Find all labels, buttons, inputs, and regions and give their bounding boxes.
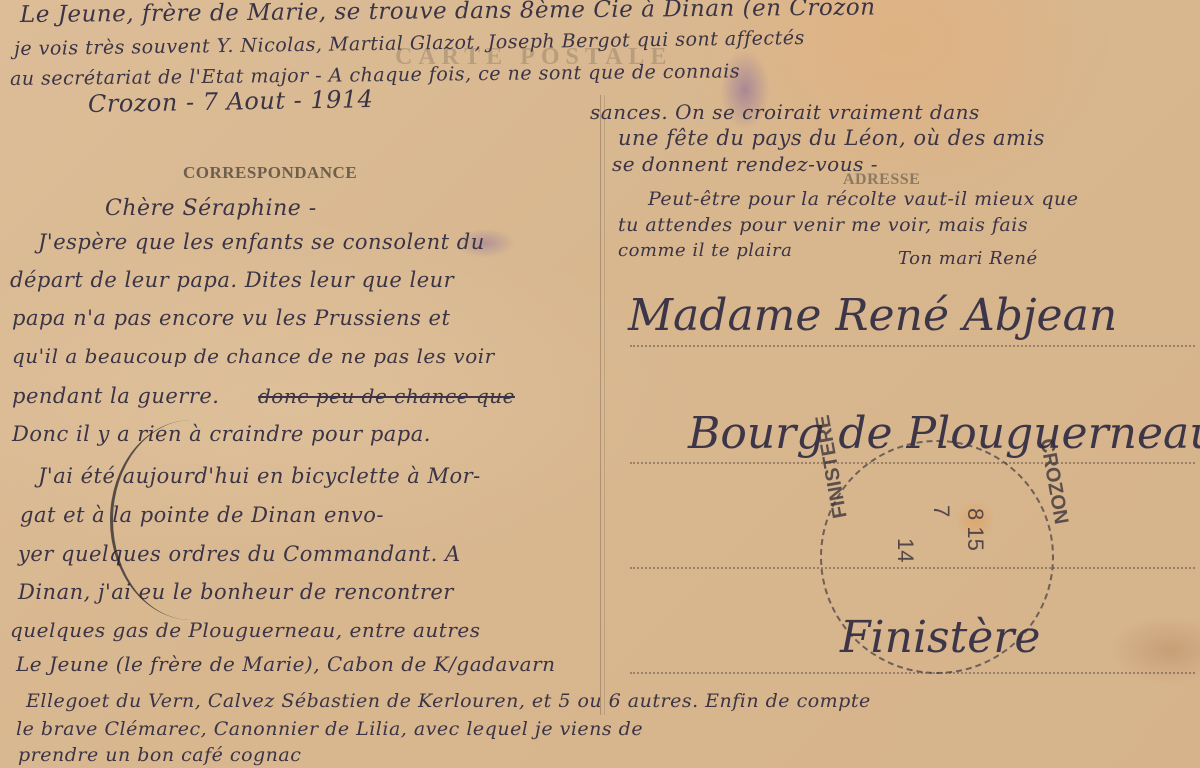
- handwritten-line: tu attendes pour venir me voir, mais fai…: [618, 214, 1028, 236]
- postcard-back: CARTE POSTALE CORRESPONDANCE ADRESSE Le …: [0, 0, 1200, 768]
- correspondence-label: CORRESPONDANCE: [183, 163, 357, 183]
- letter-line: papa n'a pas encore vu les Prussiens et: [12, 306, 450, 330]
- handwritten-line: Le Jeune, frère de Marie, se trouve dans…: [20, 0, 876, 28]
- letter-line: départ de leur papa. Dites leur que leur: [10, 268, 454, 292]
- crossed-out-text: donc peu de chance que: [258, 384, 515, 408]
- letter-line: qu'il a beaucoup de chance de ne pas les…: [12, 344, 495, 368]
- letter-line: le brave Clémarec, Canonnier de Lilia, a…: [16, 718, 643, 740]
- postmark: [820, 440, 1054, 674]
- center-divider: [600, 95, 601, 715]
- signature: Ton mari René: [898, 248, 1038, 269]
- partial-postmark: [110, 420, 273, 620]
- letter-line: J'espère que les enfants se consolent du: [38, 230, 485, 254]
- letter-line: Ellegoet du Vern, Calvez Sébastien de Ke…: [26, 690, 871, 712]
- postmark-year: 14: [892, 538, 918, 562]
- handwritten-line: au secrétariat de l'Etat major - A chaqu…: [10, 60, 740, 90]
- address-line: [630, 672, 1195, 674]
- address-recipient: Madame René Abjean: [628, 290, 1117, 341]
- handwritten-line: Peut-être pour la récolte vaut-il mieux …: [648, 188, 1079, 210]
- handwritten-date: Crozon - 7 Aout - 1914: [88, 85, 374, 118]
- postmark-time: 8 15: [962, 508, 988, 551]
- handwritten-line: comme il te plaira: [618, 240, 792, 261]
- address-line: [630, 345, 1195, 347]
- postmark-day: 7: [928, 505, 954, 517]
- letter-line: pendant la guerre.: [12, 384, 220, 408]
- letter-line: prendre un bon café cognac: [18, 744, 301, 766]
- letter-line: Le Jeune (le frère de Marie), Cabon de K…: [16, 652, 556, 676]
- salutation: Chère Séraphine -: [105, 196, 317, 221]
- handwritten-line: se donnent rendez-vous -: [612, 152, 878, 176]
- handwritten-line: une fête du pays du Léon, où des amis: [618, 126, 1045, 150]
- letter-line: quelques gas de Plouguerneau, entre autr…: [10, 618, 481, 642]
- handwritten-line: sances. On se croirait vraiment dans: [590, 100, 980, 124]
